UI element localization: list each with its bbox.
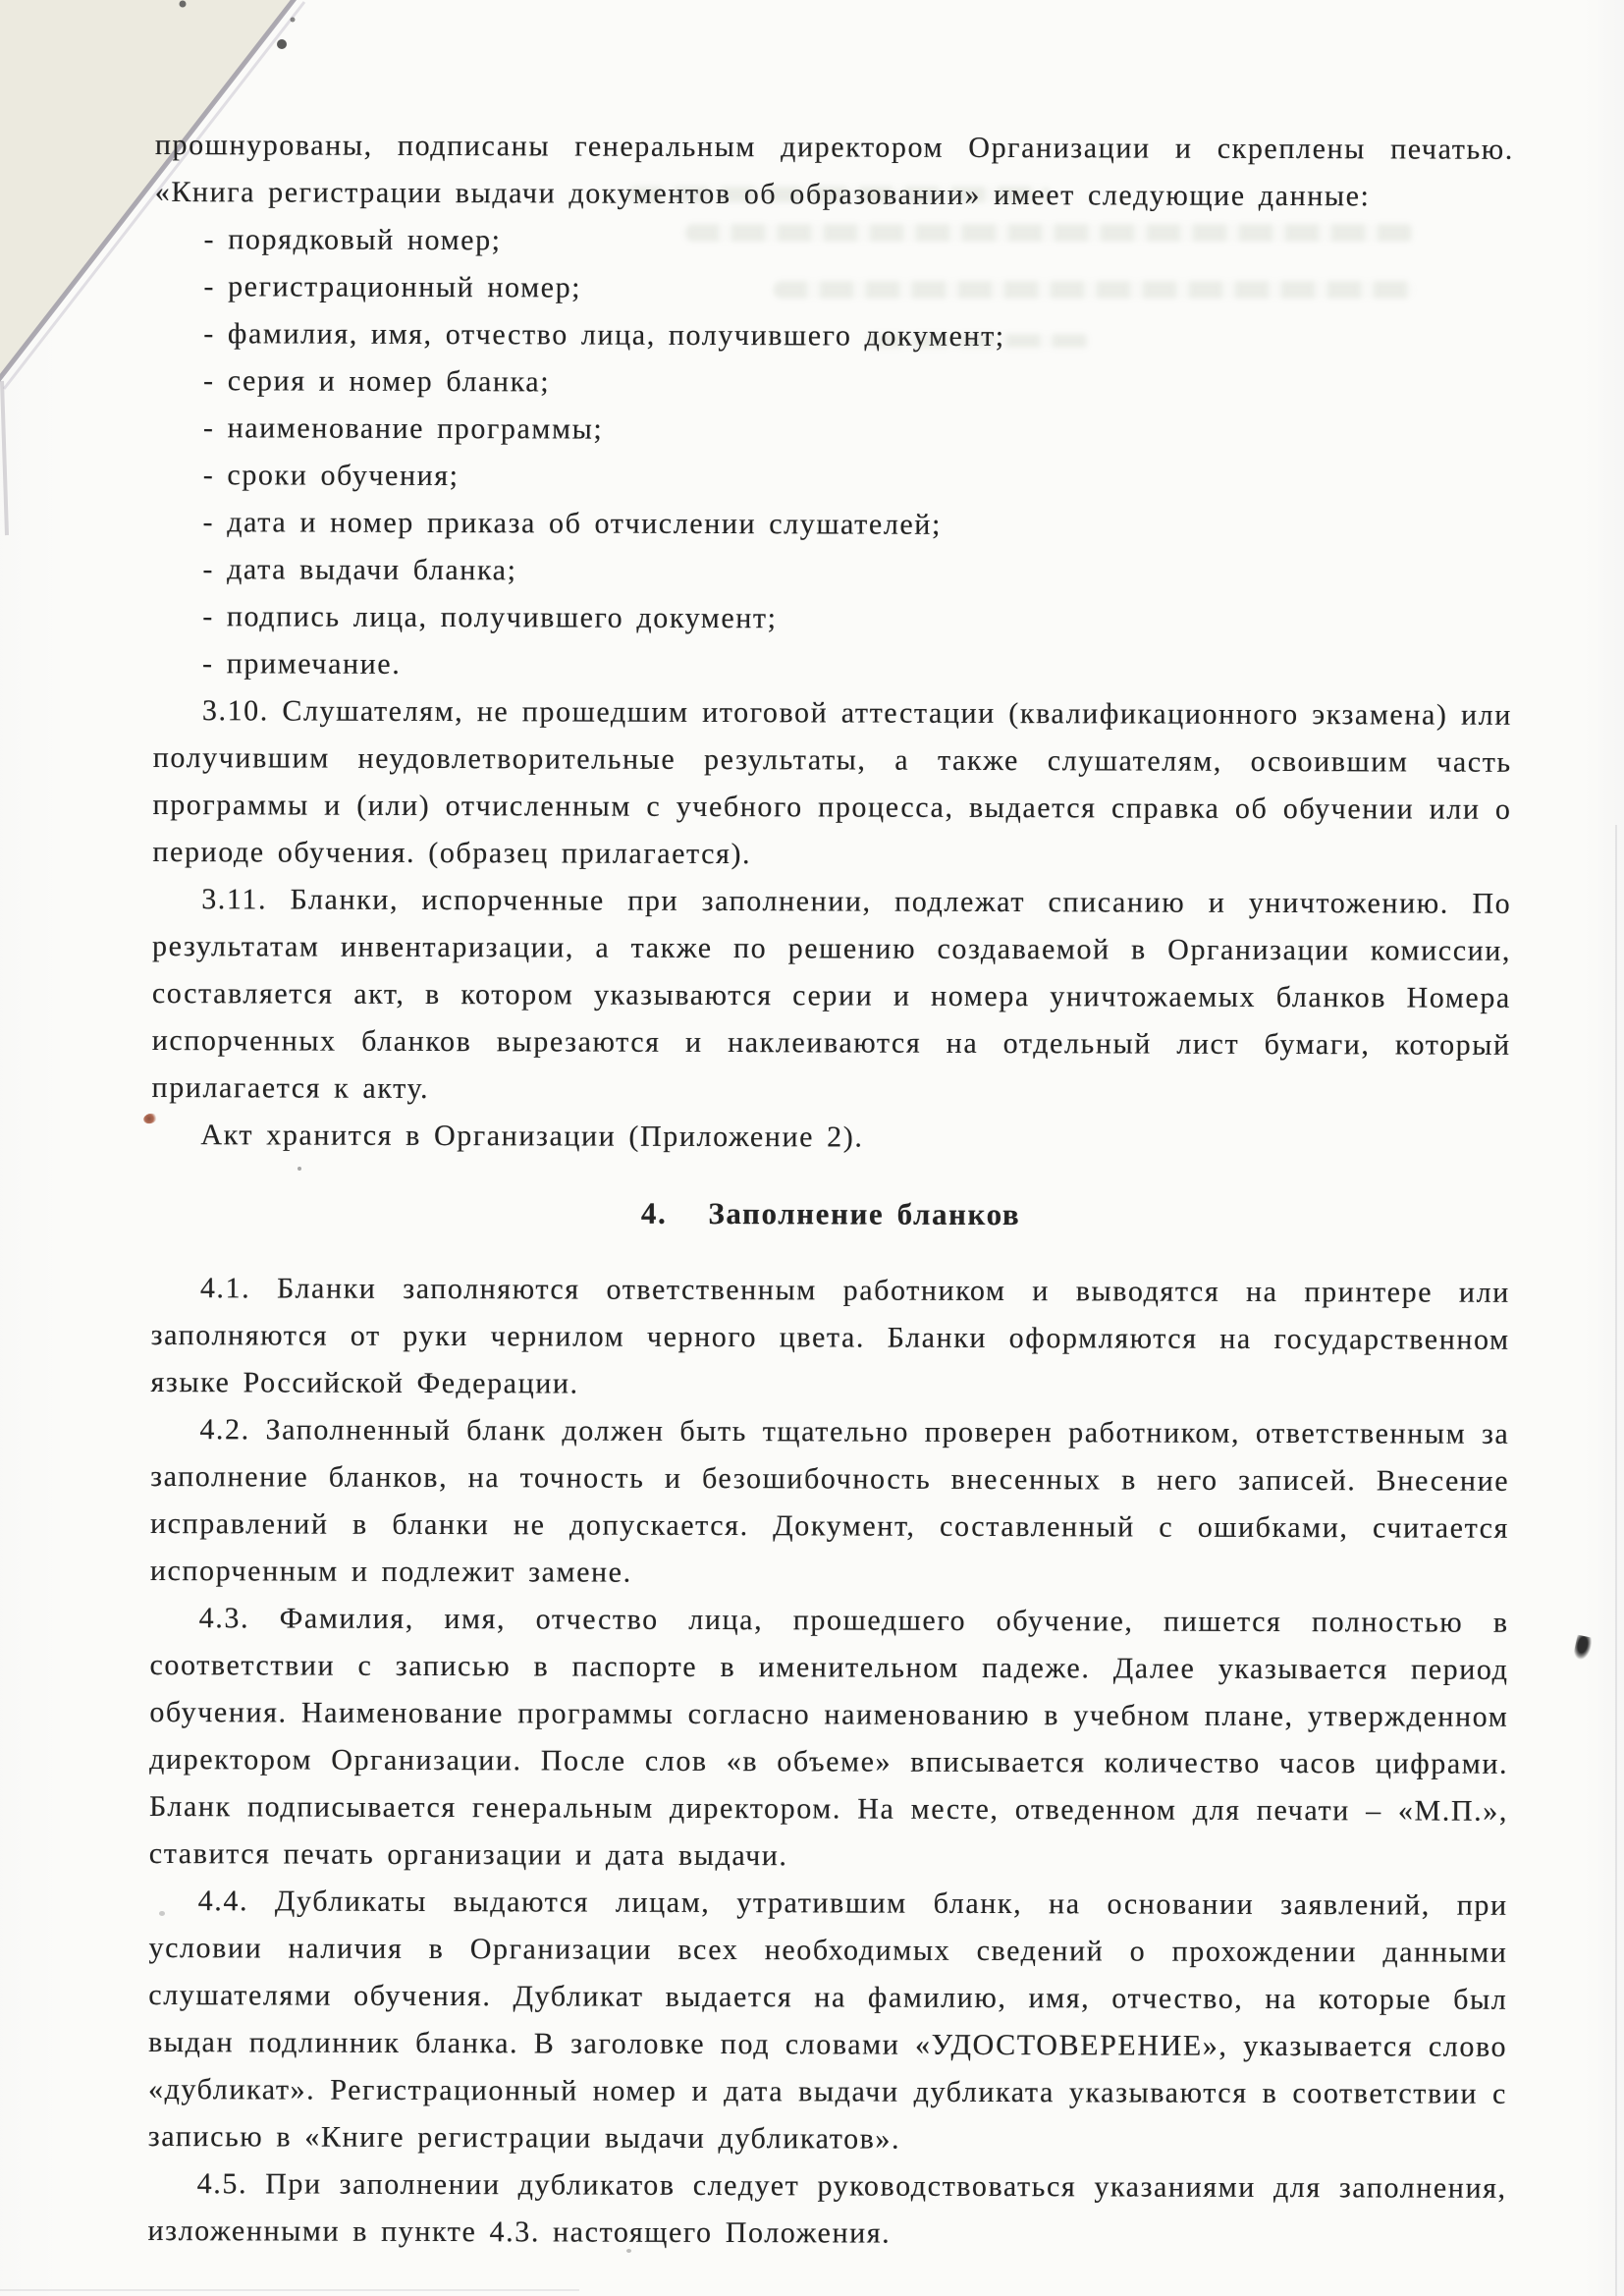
clause-4-5: 4.5. При заполнении дубликатов следует р…: [147, 2160, 1506, 2260]
list-item: - подпись лица, получившего документ;: [202, 593, 1512, 645]
list-item: - порядковый номер;: [203, 216, 1513, 268]
register-fields-list: - порядковый номер; - регистрационный но…: [153, 216, 1514, 692]
document-text-block: прошнурованы, подписаны генеральным дире…: [147, 122, 1514, 2260]
paragraph-continuation: прошнурованы, подписаны генеральным дире…: [155, 122, 1514, 221]
clause-4-2: 4.2. Заполненный бланк должен быть тщате…: [150, 1406, 1510, 1600]
list-item: - примечание.: [202, 640, 1512, 692]
list-item: - дата и номер приказа об отчислении слу…: [202, 499, 1512, 551]
list-item: - серия и номер бланка;: [203, 357, 1513, 410]
clause-4-3: 4.3. Фамилия, имя, отчество лица, прошед…: [149, 1595, 1509, 1883]
crease-speck-small: [291, 18, 296, 23]
section-4-title: Заполнение бланков: [708, 1196, 1020, 1231]
section-4-number: 4.: [641, 1196, 668, 1230]
crease-speck: [277, 39, 287, 49]
section-4-heading: 4.Заполнение бланков: [151, 1188, 1510, 1240]
edge-speck: [180, 1, 187, 8]
list-item: - наименование программы;: [203, 405, 1513, 457]
scanner-edge-line: [1615, 825, 1617, 2296]
list-item: - дата выдачи бланка;: [202, 546, 1512, 598]
list-item: - фамилия, имя, отчество лица, получивше…: [203, 310, 1513, 362]
clause-3-11: 3.11. Бланки, испорченные при заполнении…: [151, 876, 1511, 1117]
list-item: - сроки обучения;: [203, 452, 1513, 504]
scanner-bottom-line: [0, 2289, 579, 2291]
clause-3-10: 3.10. Слушателям, не прошедшим итоговой …: [152, 687, 1512, 881]
ink-blob-right-margin: [1573, 1635, 1594, 1662]
list-item: - регистрационный номер;: [203, 263, 1513, 315]
act-storage-note: Акт хранится в Организации (Приложение 2…: [151, 1112, 1510, 1164]
clause-4-4: 4.4. Дубликаты выдаются лицам, утративши…: [148, 1878, 1508, 2165]
scanned-document-page: прошнурованы, подписаны генеральным дире…: [0, 0, 1624, 2296]
clause-4-1: 4.1. Бланки заполняются ответственным ра…: [150, 1265, 1509, 1411]
fold-edge-streak: [2, 381, 7, 535]
